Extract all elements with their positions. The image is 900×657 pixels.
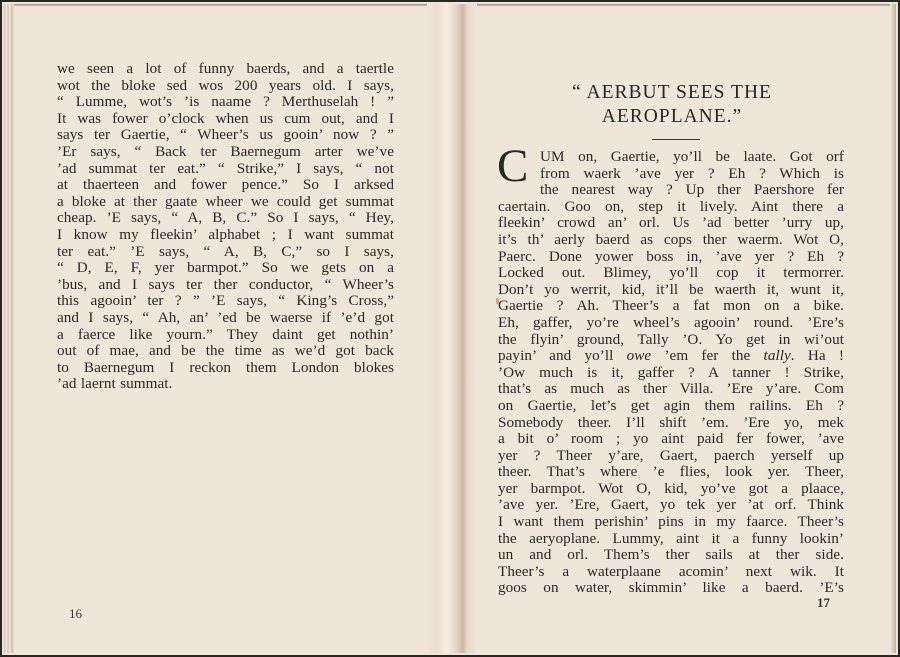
text-line: Locked out. Blimey, yo’ll cop it termorr…	[498, 265, 844, 282]
text-line: the nearest way ? Up ther Paershore fer	[498, 182, 844, 199]
text-line: Paerc. Done yower boss in, ’ave yer ? Eh…	[498, 249, 844, 266]
text-run: . Ha !	[791, 347, 844, 364]
text-line: Theer’s a waterplaane acomin’ next wik. …	[498, 564, 844, 581]
text-line: on Gaertie, let’s get agin them railins.…	[498, 398, 844, 415]
text-line: It was fower o’clock when us cum out, an…	[57, 111, 394, 128]
text-line: UM on, Gaertie, yo’ll be laate. Got orf	[498, 149, 844, 166]
text-line: Somebody theer. I’ll shift ’em. ’Ere yo,…	[498, 415, 844, 432]
page-number: 16	[69, 606, 82, 622]
chapter-title: “ AERBUT SEES THE AEROPLANE.”	[522, 81, 822, 129]
text-line: a bloke at ther gaate wheer we could get…	[57, 194, 394, 211]
text-line: out of mae, and be the time as we’d got …	[57, 343, 394, 360]
text-line: “ Lumme, wot’s ’is naame ? Merthuselah !…	[57, 94, 394, 111]
text-line: fleekin’ crowd an’ orl. Us ’ad better ’u…	[498, 215, 844, 232]
text-line: yer barmpot. Wot O, kid, yo’ve got a pla…	[498, 481, 844, 498]
text-line: that’s as much as ther Villa. ’Ere y’are…	[498, 381, 844, 398]
text-run: payin’ and yo’ll	[498, 347, 627, 364]
title-rule-divider	[652, 139, 700, 140]
text-line: “ D, E, F, yer barmpot.” So we gets on a	[57, 260, 394, 277]
text-line: un and orl. Them’s ther sails at ther si…	[498, 547, 844, 564]
text-line: ’ave yer. ’Ere, Gaert, yo tek yer ’at or…	[498, 497, 844, 514]
italic-word: tally	[764, 347, 791, 364]
right-page: “ AERBUT SEES THE AEROPLANE.” C UM on, G…	[462, 2, 900, 657]
text-line-with-italics: payin’ and yo’ll owe ’em fer the tally. …	[498, 348, 844, 365]
text-line: a bit o’ room ; yo aint paid fer fower, …	[498, 431, 844, 448]
right-page-body: UM on, Gaertie, yo’ll be laate. Got orf …	[498, 149, 844, 597]
page-number: 17	[817, 595, 830, 611]
text-line: cheap. ’E says, “ A, B, C.” So I says, “…	[57, 210, 394, 227]
text-line: from waerk ’ave yer ? Eh ? Which is	[498, 166, 844, 183]
chapter-title-line: “ AERBUT SEES THE	[522, 81, 822, 105]
text-line: the aeryoplane. Lummy, aint it a funny l…	[498, 531, 844, 548]
text-line: Gaertie ? Ah. Theer’s a fat mon on a bik…	[498, 298, 844, 315]
text-line: wot the bloke sed wos 200 years old. I s…	[57, 78, 394, 95]
text-line: the flyin’ ground, Tally ’O. Yo get in w…	[498, 332, 844, 349]
text-line: to Baernegum I reckon them London blokes	[57, 360, 394, 377]
text-line: yer ? Theer y’are, Gaert, paerch yerself…	[498, 448, 844, 465]
text-line: ’Er says, “ Back ter Baernegum arter we’…	[57, 144, 394, 161]
left-page-body: we seen a lot of funny baerds, and a tae…	[57, 61, 394, 393]
text-line: goos on water, skimmin’ like a baerd. ’E…	[498, 580, 844, 597]
text-line: at thaerteen and fower pence.” So I arks…	[57, 177, 394, 194]
text-line: says ter Gaertie, “ Wheer’s us gooin’ no…	[57, 127, 394, 144]
text-line: I want them perishin’ pins in my faarce.…	[498, 514, 844, 531]
chapter-title-line: AEROPLANE.”	[522, 105, 822, 129]
book-spread: we seen a lot of funny baerds, and a tae…	[0, 0, 900, 657]
paper-blemish	[496, 298, 499, 304]
italic-word: owe	[627, 347, 652, 364]
text-line: ’bus, and I says ter ther conductor, “ W…	[57, 277, 394, 294]
text-line: theer. That’s where ’e flies, look yer. …	[498, 464, 844, 481]
text-line: caertain. Goo on, step it lively. Aint t…	[498, 199, 844, 216]
text-line: ’ad summat ter eat.” “ Strike,” I says, …	[57, 161, 394, 178]
text-line: ’ad laernt summat.	[57, 376, 394, 393]
text-line: we seen a lot of funny baerds, and a tae…	[57, 61, 394, 78]
text-line: a faerce like yourn.” They daint get not…	[57, 327, 394, 344]
text-line: Eh, gaffer, yo’re wheel’s agooin’ round.…	[498, 315, 844, 332]
text-line: and I says, “ Ah, an’ ’ed be waerse if ’…	[57, 310, 394, 327]
text-run: ’em fer the	[651, 347, 763, 364]
text-line: this agooin’ ter ? ” ’E says, “ King’s C…	[57, 293, 394, 310]
text-line: Don’t yo werrit, kid, it’ll be waerth it…	[498, 282, 844, 299]
text-line: I know my fleekin’ alphabet ; I want sum…	[57, 227, 394, 244]
left-page: we seen a lot of funny baerds, and a tae…	[2, 2, 442, 657]
text-line: it’s th’ aerly baerd as cops ther waerm.…	[498, 232, 844, 249]
text-line: ’Ow much is it, gaffer ? A tanner ! Stri…	[498, 365, 844, 382]
text-line: ter eat.” ’E says, “ A, B, C,” so I says…	[57, 244, 394, 261]
